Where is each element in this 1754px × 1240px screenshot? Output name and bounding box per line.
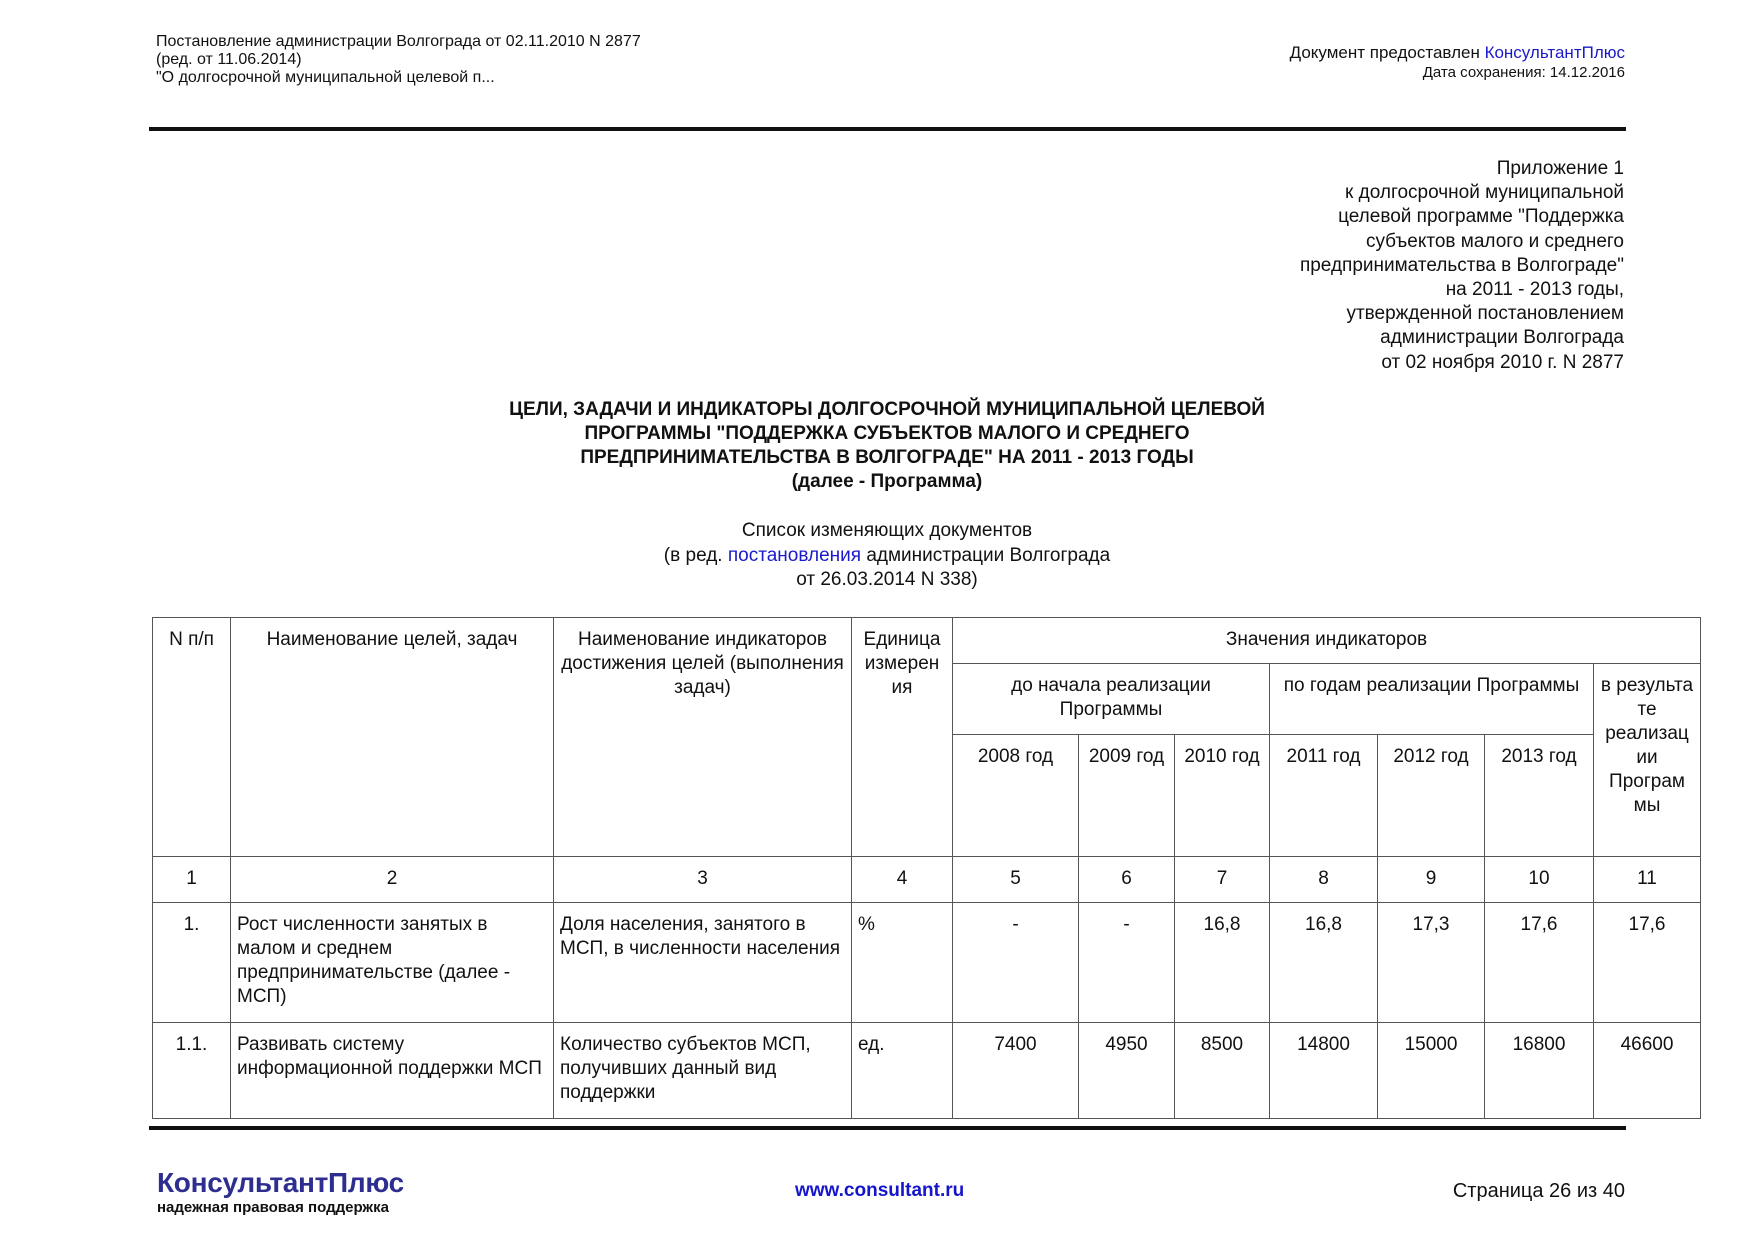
row-value: 16,8 <box>1270 903 1378 1023</box>
header-by-years: по годам реализации Программы <box>1270 664 1594 735</box>
column-number: 2 <box>231 857 554 903</box>
column-number: 11 <box>1594 857 1701 903</box>
row-value: 7400 <box>953 1023 1079 1119</box>
changes-date: от 26.03.2014 N 338) <box>0 568 1754 593</box>
header-year: 2009 год <box>1079 735 1175 857</box>
row-goal: Рост численности занятых в малом и средн… <box>231 903 554 1023</box>
provided-label: Документ предоставлен <box>1290 43 1485 62</box>
row-value: 17,3 <box>1378 903 1485 1023</box>
column-number: 8 <box>1270 857 1378 903</box>
page-indicator: Страница 26 из 40 <box>1453 1180 1625 1203</box>
appendix-line: субъектов малого и среднего <box>1300 230 1624 254</box>
appendix-line: администрации Волгограда <box>1300 326 1624 350</box>
header-result: в результа те реализац ии Програм мы <box>1594 664 1701 857</box>
document-header-title: Постановление администрации Волгограда о… <box>156 33 641 87</box>
appendix-line: предпринимательства в Волгограде" <box>1300 254 1624 278</box>
title-line: ЦЕЛИ, ЗАДАЧИ И ИНДИКАТОРЫ ДОЛГОСРОЧНОЙ М… <box>0 398 1754 422</box>
column-number: 1 <box>153 857 231 903</box>
column-number: 9 <box>1378 857 1485 903</box>
header-doc-line: (ред. от 11.06.2014) <box>156 51 641 69</box>
row-indicator: Количество субъектов МСП, получивших дан… <box>554 1023 852 1119</box>
appendix-line: утвержденной постановлением <box>1300 302 1624 326</box>
header-unit: Единица измерен ия <box>852 618 953 857</box>
row-value: 15000 <box>1378 1023 1485 1119</box>
row-indicator: Доля населения, занятого в МСП, в числен… <box>554 903 852 1023</box>
row-value: - <box>1079 903 1175 1023</box>
row-value: 4950 <box>1079 1023 1175 1119</box>
row-num: 1. <box>153 903 231 1023</box>
header-divider <box>149 127 1626 131</box>
appendix-line: целевой программе "Поддержка <box>1300 205 1624 229</box>
document-provider-info: Документ предоставлен КонсультантПлюс Да… <box>1290 43 1625 83</box>
header-doc-line: "О долгосрочной муниципальной целевой п.… <box>156 69 641 87</box>
saved-date: Дата сохранения: 14.12.2016 <box>1290 63 1625 83</box>
header-year: 2008 год <box>953 735 1079 857</box>
row-value: - <box>953 903 1079 1023</box>
row-unit: % <box>852 903 953 1023</box>
row-value: 17,6 <box>1485 903 1594 1023</box>
column-number: 3 <box>554 857 852 903</box>
footer-logo: КонсультантПлюс надежная правовая поддер… <box>157 1167 404 1217</box>
appendix-line: к долгосрочной муниципальной <box>1300 181 1624 205</box>
title-line: ПРЕДПРИНИМАТЕЛЬСТВА В ВОЛГОГРАДЕ" НА 201… <box>0 446 1754 470</box>
column-number: 6 <box>1079 857 1175 903</box>
appendix-line: от 02 ноября 2010 г. N 2877 <box>1300 351 1624 375</box>
header-indicator: Наименование индикаторов достижения целе… <box>554 618 852 857</box>
header-year: 2010 год <box>1175 735 1270 857</box>
changes-text: администрации Волгограда <box>861 545 1110 566</box>
table-row: 1. Рост численности занятых в малом и ср… <box>153 903 1701 1023</box>
appendix-line: на 2011 - 2013 годы, <box>1300 278 1624 302</box>
table-row: 1.1. Развивать систему информационной по… <box>153 1023 1701 1119</box>
header-year: 2013 год <box>1485 735 1594 857</box>
appendix-line: Приложение 1 <box>1300 157 1624 181</box>
row-value: 8500 <box>1175 1023 1270 1119</box>
header-values: Значения индикаторов <box>953 618 1701 664</box>
column-number: 10 <box>1485 857 1594 903</box>
column-number: 4 <box>852 857 953 903</box>
changes-heading: Список изменяющих документов <box>0 519 1754 544</box>
row-value: 17,6 <box>1594 903 1701 1023</box>
changes-text: (в ред. <box>664 545 728 566</box>
website-link[interactable]: www.consultant.ru <box>795 1180 964 1202</box>
row-value: 16800 <box>1485 1023 1594 1119</box>
header-year: 2011 год <box>1270 735 1378 857</box>
row-num: 1.1. <box>153 1023 231 1119</box>
provider-link[interactable]: КонсультантПлюс <box>1485 43 1625 62</box>
appendix-block: Приложение 1 к долгосрочной муниципально… <box>1300 157 1624 375</box>
title-line: (далее - Программа) <box>0 470 1754 494</box>
header-goal: Наименование целей, задач <box>231 618 554 857</box>
column-number: 5 <box>953 857 1079 903</box>
row-value: 16,8 <box>1175 903 1270 1023</box>
row-goal: Развивать систему информационной поддерж… <box>231 1023 554 1119</box>
header-year: 2012 год <box>1378 735 1485 857</box>
footer-divider <box>149 1126 1626 1130</box>
brand-name: КонсультантПлюс <box>157 1167 404 1199</box>
changes-list: Список изменяющих документов (в ред. пос… <box>0 519 1754 593</box>
brand-tagline: надежная правовая поддержка <box>157 1199 404 1217</box>
title-line: ПРОГРАММЫ "ПОДДЕРЖКА СУБЪЕКТОВ МАЛОГО И … <box>0 422 1754 446</box>
document-title: ЦЕЛИ, ЗАДАЧИ И ИНДИКАТОРЫ ДОЛГОСРОЧНОЙ М… <box>0 398 1754 494</box>
indicators-table: N п/п Наименование целей, задач Наименов… <box>152 617 1701 1119</box>
resolution-link[interactable]: постановления <box>728 545 861 566</box>
row-value: 14800 <box>1270 1023 1378 1119</box>
header-before: до начала реализации Программы <box>953 664 1270 735</box>
row-unit: ед. <box>852 1023 953 1119</box>
column-number: 7 <box>1175 857 1270 903</box>
column-number-row: 1 2 3 4 5 6 7 8 9 10 11 <box>153 857 1701 903</box>
header-num: N п/п <box>153 618 231 857</box>
header-doc-line: Постановление администрации Волгограда о… <box>156 33 641 51</box>
row-value: 46600 <box>1594 1023 1701 1119</box>
